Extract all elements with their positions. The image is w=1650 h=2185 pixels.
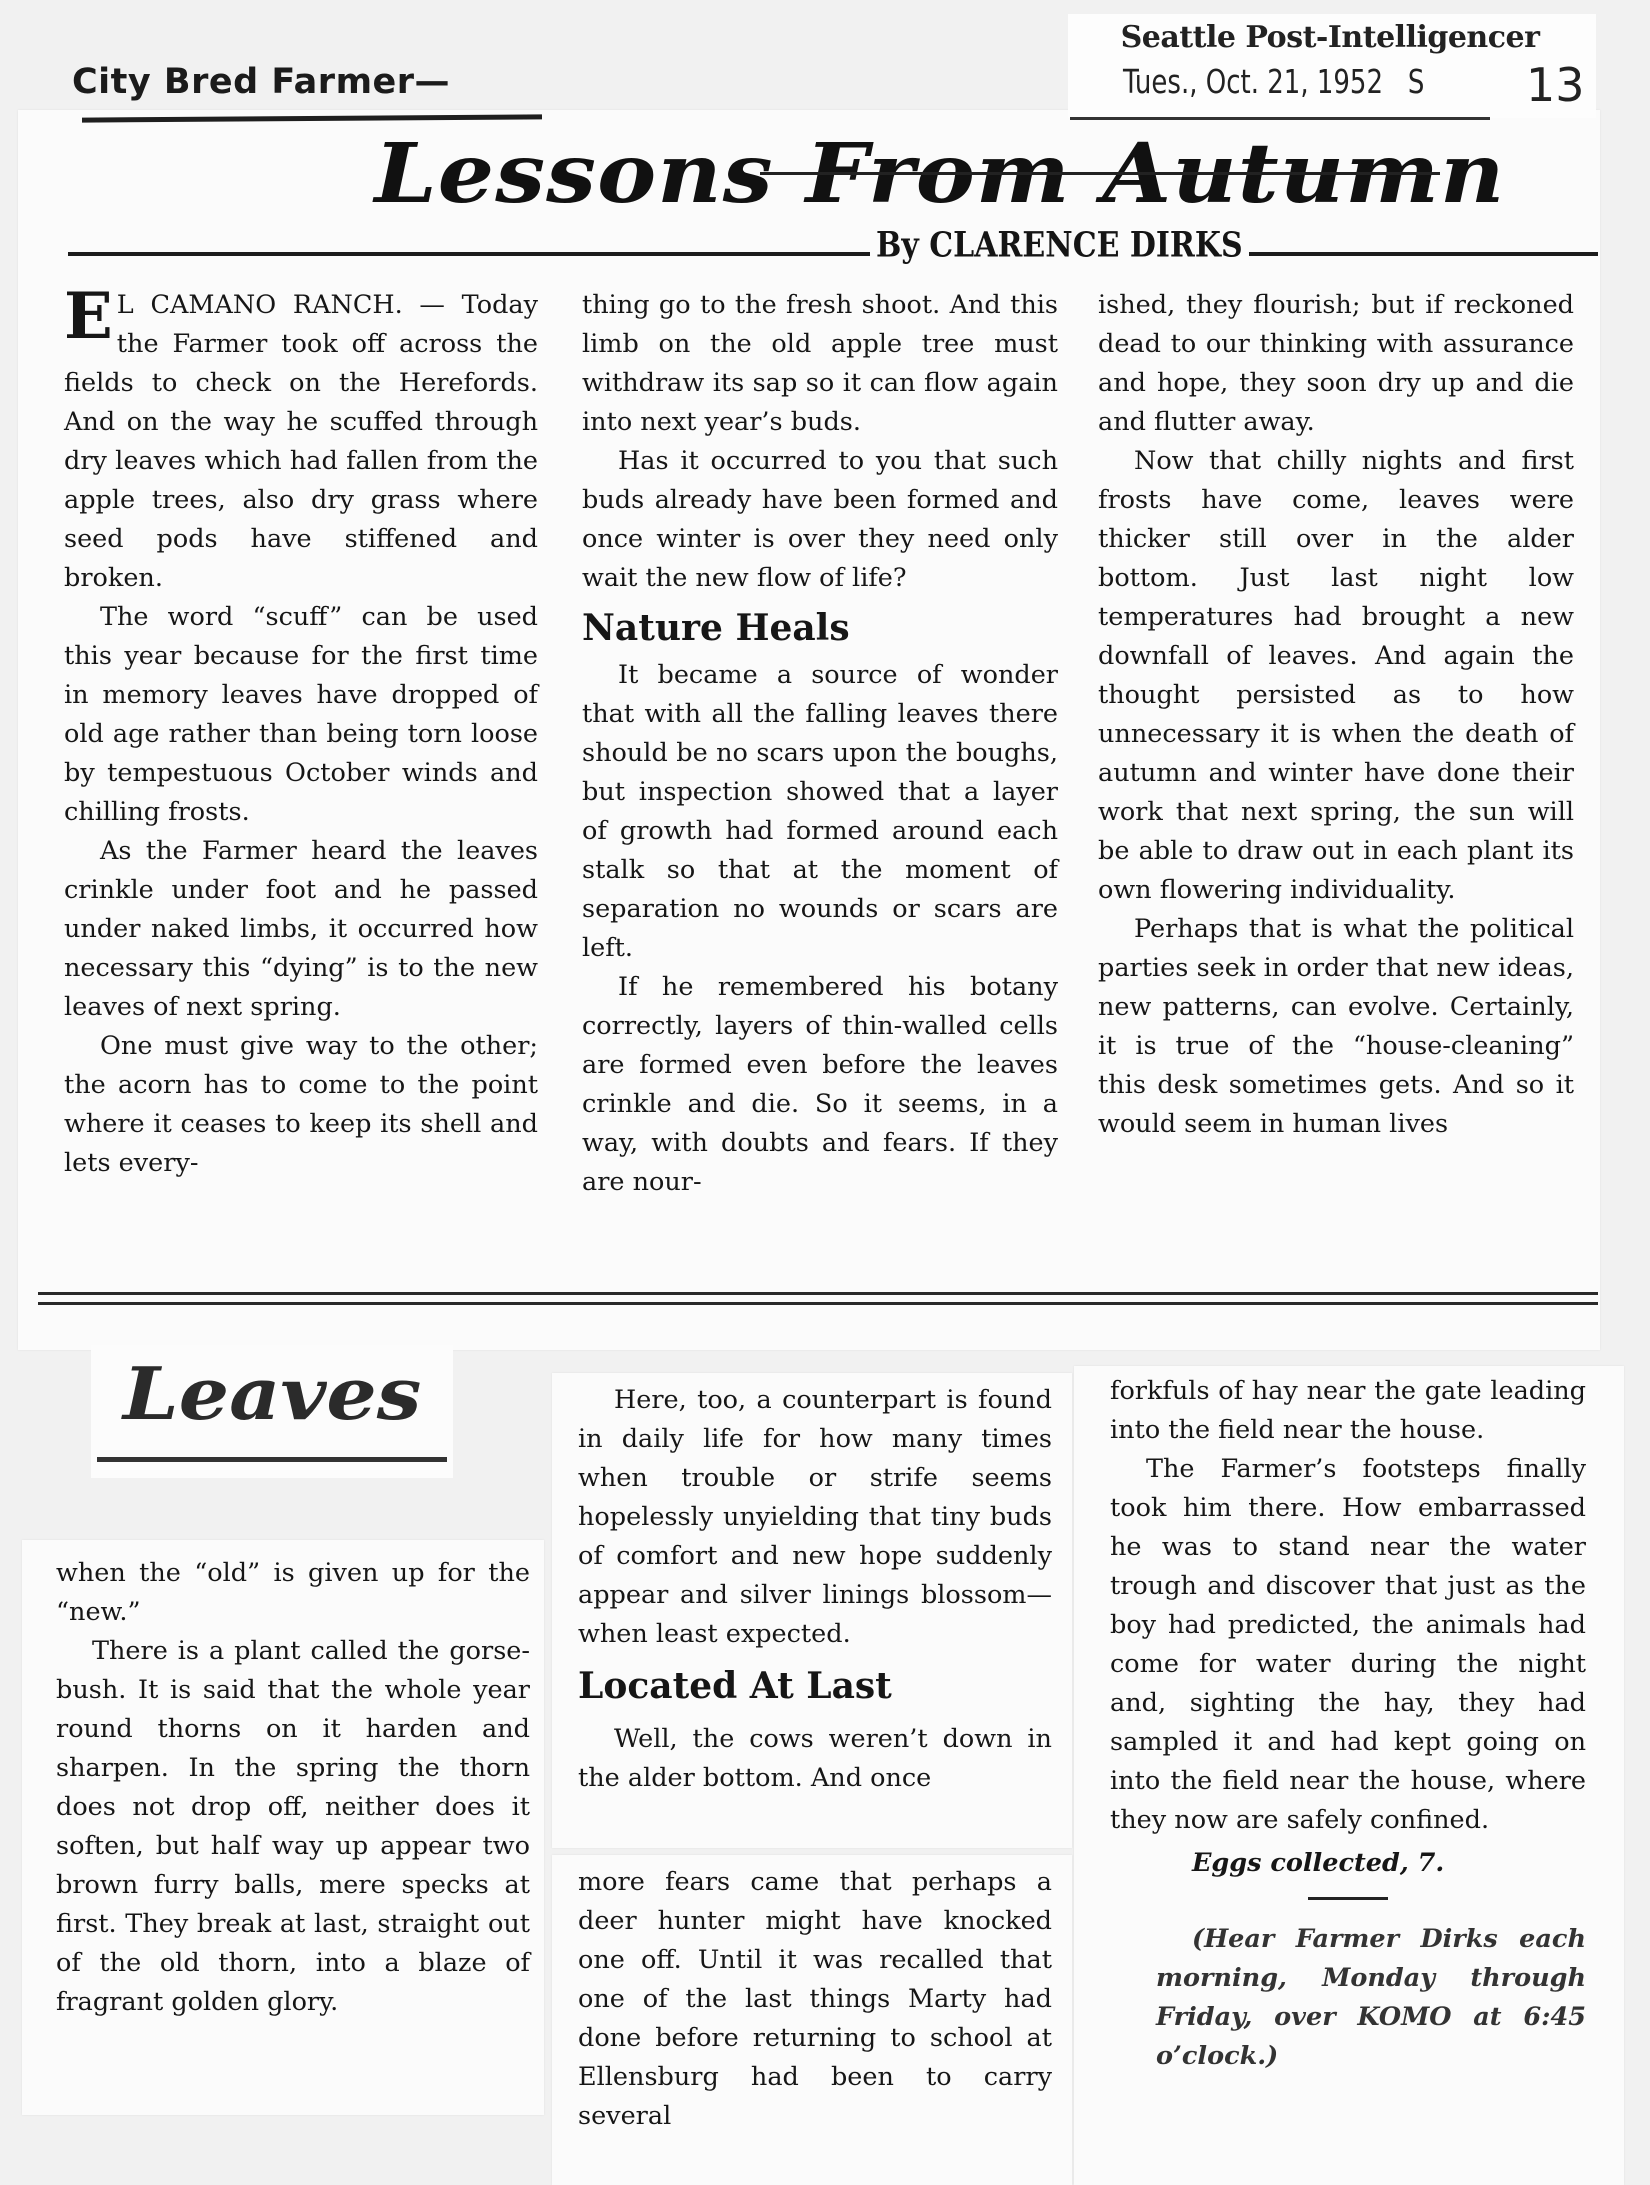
section-double-rule-bottom <box>38 1302 1598 1305</box>
byline: By CLARENCE DIRKS <box>870 225 1249 265</box>
date-text: Tues., Oct. 21, 1952 <box>1123 64 1383 102</box>
leaves-heading-clipping: Leaves <box>91 1345 453 1478</box>
byline-rule <box>68 252 1598 256</box>
end-rule <box>1308 1897 1388 1900</box>
subheading-located-at-last: Located At Last <box>578 1662 1052 1710</box>
paragraph: As the Farmer heard the leaves crinkle u… <box>64 832 538 1027</box>
paragraph: Here, too, a counterpart is found in dai… <box>578 1381 1052 1654</box>
paragraph: One must give way to the other; the acor… <box>64 1027 538 1183</box>
paragraph: It became a source of wonder that with a… <box>582 656 1058 968</box>
bottom-left-column: when the “old” is given up for the “new.… <box>56 1554 530 2022</box>
newspaper-name: Seattle Post-Intelligencer <box>1070 20 1590 55</box>
bottom-middle-column-lower: more fears came that perhaps a deer hunt… <box>578 1863 1052 2136</box>
radio-note: (Hear Farmer Dirks each morning, Monday … <box>1110 1920 1586 2076</box>
paragraph: thing go to the fresh shoot. And this li… <box>582 286 1058 442</box>
title-print-line <box>760 172 1440 175</box>
article-column-1: EL CAMANO RANCH. — Today the Farmer took… <box>64 286 538 1183</box>
paragraph: when the “old” is given up for the “new.… <box>56 1554 530 1632</box>
bottom-left-clipping: when the “old” is given up for the “new.… <box>22 1540 544 2115</box>
paragraph: Perhaps that is what the political parti… <box>1098 910 1574 1144</box>
paragraph: The Farmer’s footsteps finally took him … <box>1110 1450 1586 1840</box>
bottom-middle-clipping-lower: more fears came that perhaps a deer hunt… <box>552 1855 1072 2185</box>
paragraph: EL CAMANO RANCH. — Today the Farmer took… <box>64 286 538 598</box>
leaves-underline <box>97 1457 447 1462</box>
page-number: 13 <box>1526 58 1585 112</box>
paragraph: ished, they flourish; but if reckoned de… <box>1098 286 1574 442</box>
paragraph: If he remembered his botany correctly, l… <box>582 968 1058 1202</box>
column-slug: City Bred Farmer— <box>72 62 450 102</box>
bottom-middle-clipping-upper: Here, too, a counterpart is found in dai… <box>552 1373 1072 1848</box>
masthead-rule <box>1070 117 1490 120</box>
paragraph: Well, the cows weren’t down in the alder… <box>578 1720 1052 1798</box>
paragraph: Has it occurred to you that such buds al… <box>582 442 1058 598</box>
article-column-3: ished, they flourish; but if reckoned de… <box>1098 286 1574 1144</box>
bottom-middle-column-upper: Here, too, a counterpart is found in dai… <box>578 1381 1052 1798</box>
paragraph: Now that chilly nights and first frosts … <box>1098 442 1574 910</box>
drop-cap: E <box>64 288 113 346</box>
paragraph: There is a plant called the gorse-bush. … <box>56 1632 530 2022</box>
paragraph: more fears came that perhaps a deer hunt… <box>578 1863 1052 2136</box>
paragraph: The word “scuff” can be used this year b… <box>64 598 538 832</box>
section-double-rule-top <box>38 1292 1598 1295</box>
bottom-right-column: forkfuls of hay near the gate leading in… <box>1110 1372 1586 2076</box>
section-letter: S <box>1408 64 1425 102</box>
publication-date: Tues., Oct. 21, 1952 S <box>1123 64 1424 102</box>
masthead-clipping: Seattle Post-Intelligencer Tues., Oct. 2… <box>1068 14 1596 118</box>
article-column-2: thing go to the fresh shoot. And this li… <box>582 286 1058 1202</box>
subheading-nature-heals: Nature Heals <box>582 604 1058 652</box>
eggs-collected-note: Eggs collected, 7. <box>1110 1844 1586 1883</box>
paragraph: forkfuls of hay near the gate leading in… <box>1110 1372 1586 1450</box>
bottom-right-clipping: forkfuls of hay near the gate leading in… <box>1074 1366 1624 2185</box>
leaves-heading: Leaves <box>123 1351 421 1436</box>
